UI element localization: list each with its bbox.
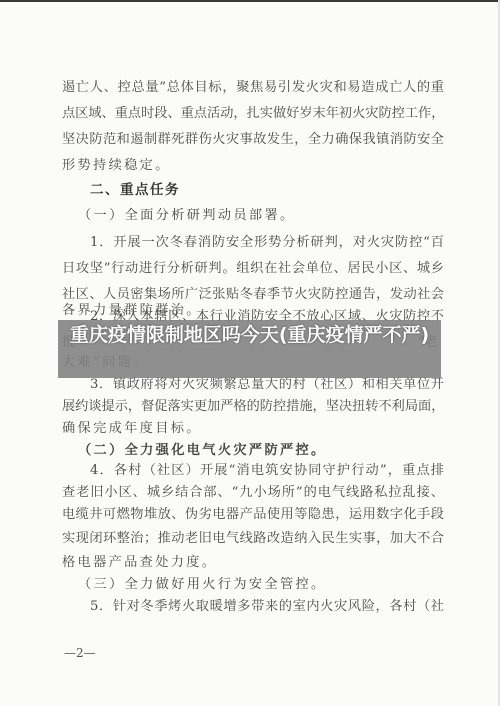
item-3-line: 展约谈提示，督促落实更加严格的防控措施，坚决扭转不利局面，: [62, 398, 444, 416]
item-5-line: 5．针对冬季烤火取暖增多带来的室内火灾风险，各村（社: [90, 598, 444, 616]
body-line: 遏亡人、控总量”总体目标，聚焦易引发火灾和易造成亡人的重: [62, 79, 444, 97]
page-number: —2—: [64, 646, 96, 660]
item-4-line: 实现闭环整治；推动老旧电气线路改造纳入民生实事，加大不合: [62, 530, 444, 548]
subsection-heading-2: （二）全力强化电气火灾严防严控。: [78, 442, 460, 460]
item-4-line: 查老旧小区、城乡结合部、“九小场所”的电气线路私拉乱接、: [62, 484, 444, 502]
item-1-line: 日攻坚”行动进行分析研判。组织在社会单位、居民小区、城乡: [62, 260, 444, 278]
item-3-line: 确保完成年度目标。: [62, 420, 444, 438]
item-1-line: 1．开展一次冬春消防安全形势分析研判，对火灾防控“百: [90, 234, 444, 252]
body-line: 坚决防范和遏制群死群伤火灾事故发生，全力确保我镇消防安全: [62, 131, 444, 149]
body-line: 点区域、重点时段、重点活动，扎实做好岁末年初火灾防控工作，: [62, 105, 444, 123]
overlay-title: 重庆疫情限制地区吗今天(重庆疫情严不严): [58, 321, 441, 349]
item-3-line: 3．镇政府将对火灾频繁总量大的村（社区）和相关单位开: [90, 376, 444, 394]
item-4-line: 电缆井可燃物堆放、伪劣电器产品使用等隐患，运用数字化手段: [62, 506, 444, 524]
body-line: 形势持续稳定。: [62, 157, 444, 175]
item-4-line: 4．各村（社区）开展“消电筑安协同守护行动”，重点排: [90, 462, 444, 480]
subsection-heading-1: （一）全面分析研判动员部署。: [78, 207, 460, 225]
subsection-heading-3: （三）全力做好用火行为安全管控。: [78, 576, 460, 594]
item-4-line: 格电器产品查处力度。: [62, 554, 444, 572]
section-heading: 二、重点任务: [90, 181, 472, 199]
